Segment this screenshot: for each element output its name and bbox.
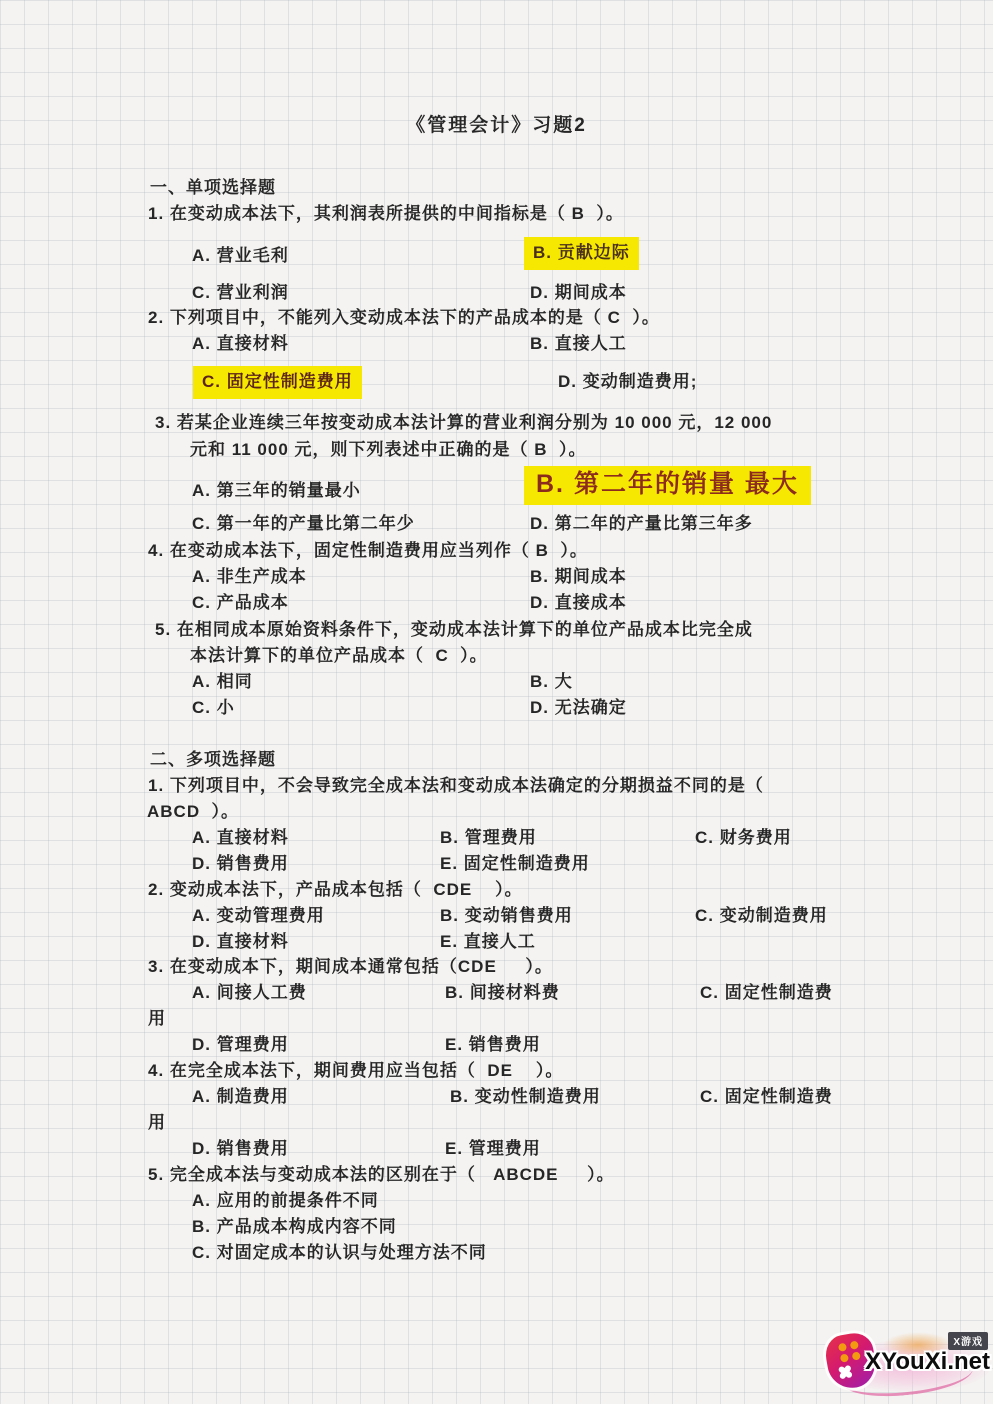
s2-q3-stem: 3. 在变动成本下，期间成本通常包括（CDE ）。 — [148, 957, 553, 977]
controller-dpad-icon — [834, 1362, 855, 1383]
s1-q4-option-a: A. 非生产成本 — [192, 567, 307, 587]
s2-q1-option-a: A. 直接材料 — [192, 828, 289, 848]
s1-q2-option-d: D. 变动制造费用; — [558, 372, 697, 392]
s2-q1-option-c: C. 财务费用 — [695, 828, 792, 848]
s1-q5-stem-line1: 5. 在相同成本原始资料条件下，变动成本法计算下的单位产品成本比完全成 — [155, 620, 753, 640]
s2-q4-stem: 4. 在完全成本法下，期间费用应当包括（ DE ）。 — [148, 1061, 563, 1081]
s2-q4-option-d: D. 销售费用 — [192, 1139, 289, 1159]
s1-q2-stem: 2. 下列项目中，不能列入变动成本法下的产品成本的是（ C ）。 — [148, 308, 660, 328]
s2-q3-option-a: A. 间接人工费 — [192, 983, 307, 1003]
s2-q2-option-b: B. 变动销售费用 — [440, 906, 573, 926]
s2-q5-stem: 5. 完全成本法与变动成本法的区别在于（ ABCDE ）。 — [148, 1165, 615, 1185]
s2-q4-option-c-wrap: 用 — [148, 1113, 166, 1133]
s1-q3-stem-line1: 3. 若某企业连续三年按变动成本法计算的营业利润分别为 10 000 元，12 … — [155, 413, 772, 433]
s1-q1-option-d: D. 期间成本 — [530, 283, 627, 303]
s1-q1-stem: 1. 在变动成本法下，其利润表所提供的中间指标是（ B ）。 — [148, 204, 624, 224]
page-title: 《管理会计》习题2 — [0, 116, 993, 136]
s1-q4-option-b: B. 期间成本 — [530, 567, 627, 587]
s1-q4-option-c: C. 产品成本 — [192, 593, 289, 613]
s2-q3-option-d: D. 管理费用 — [192, 1035, 289, 1055]
s2-q1-stem-line2: ABCD ）。 — [147, 802, 239, 822]
s2-q1-option-b: B. 管理费用 — [440, 828, 537, 848]
s1-q2-option-a: A. 直接材料 — [192, 334, 289, 354]
s1-q4-option-d: D. 直接成本 — [530, 593, 627, 613]
s2-q3-option-c: C. 固定性制造费 — [700, 983, 833, 1003]
s1-q5-stem-line2: 本法计算下的单位产品成本（ C ）。 — [190, 646, 488, 666]
s2-q5-option-a: A. 应用的前提条件不同 — [192, 1191, 379, 1211]
s2-q1-option-e: E. 固定性制造费用 — [440, 854, 590, 874]
s2-q3-option-e: E. 销售费用 — [445, 1035, 541, 1055]
section1-heading: 一、单项选择题 — [150, 178, 276, 198]
s2-q2-option-a: A. 变动管理费用 — [192, 906, 325, 926]
s1-q2-option-c-highlight: C. 固定性制造费用 — [193, 366, 362, 399]
s1-q2-option-b: B. 直接人工 — [530, 334, 627, 354]
s1-q5-option-d: D. 无法确定 — [530, 698, 627, 718]
s1-q5-option-a: A. 相同 — [192, 672, 253, 692]
s2-q4-option-a: A. 制造费用 — [192, 1087, 289, 1107]
controller-button-dot — [852, 1351, 861, 1360]
controller-button-dot — [850, 1341, 859, 1350]
s1-q3-option-a: A. 第三年的销量最小 — [192, 481, 361, 501]
s2-q4-option-c: C. 固定性制造费 — [700, 1087, 833, 1107]
controller-button-dot — [838, 1343, 847, 1352]
s1-q5-option-b: B. 大 — [530, 672, 573, 692]
s1-q1-option-b-highlight: B. 贡献边际 — [524, 237, 639, 270]
s1-q1-option-a: A. 营业毛利 — [192, 246, 289, 266]
section2-heading: 二、多项选择题 — [150, 750, 276, 770]
s1-q3-stem-line2: 元和 11 000 元，则下列表述中正确的是（ B ）。 — [190, 440, 586, 460]
watermark: X游戏 XYouXi.net — [821, 1326, 993, 1400]
s2-q3-option-c-wrap: 用 — [148, 1009, 166, 1029]
s1-q4-stem: 4. 在变动成本法下，固定性制造费用应当列作（ B ）。 — [148, 541, 588, 561]
s2-q5-option-b: B. 产品成本构成内容不同 — [192, 1217, 397, 1237]
s2-q1-option-d: D. 销售费用 — [192, 854, 289, 874]
s2-q4-option-e: E. 管理费用 — [445, 1139, 541, 1159]
s2-q2-option-c: C. 变动制造费用 — [695, 906, 828, 926]
worksheet-page: 《管理会计》习题2 一、单项选择题 1. 在变动成本法下，其利润表所提供的中间指… — [0, 0, 993, 1404]
s2-q3-option-b: B. 间接材料费 — [445, 983, 560, 1003]
controller-button-dot — [840, 1353, 849, 1362]
s2-q2-option-e: E. 直接人工 — [440, 932, 536, 952]
s2-q2-option-d: D. 直接材料 — [192, 932, 289, 952]
s2-q4-option-b: B. 变动性制造费用 — [450, 1087, 601, 1107]
s2-q5-option-c: C. 对固定成本的认识与处理方法不同 — [192, 1243, 487, 1263]
s1-q3-option-b-highlight: B. 第二年的销量 最大 — [524, 466, 811, 505]
s1-q1-option-c: C. 营业利润 — [192, 283, 289, 303]
s1-q3-option-d: D. 第二年的产量比第三年多 — [530, 514, 753, 534]
s2-q1-stem-line1: 1. 下列项目中，不会导致完全成本法和变动成本法确定的分期损益不同的是（ — [148, 776, 764, 796]
s1-q5-option-c: C. 小 — [192, 698, 235, 718]
s2-q2-stem: 2. 变动成本法下，产品成本包括（ CDE ）。 — [148, 880, 523, 900]
s1-q3-option-c: C. 第一年的产量比第二年少 — [192, 514, 415, 534]
watermark-site-text: XYouXi.net — [865, 1348, 990, 1376]
